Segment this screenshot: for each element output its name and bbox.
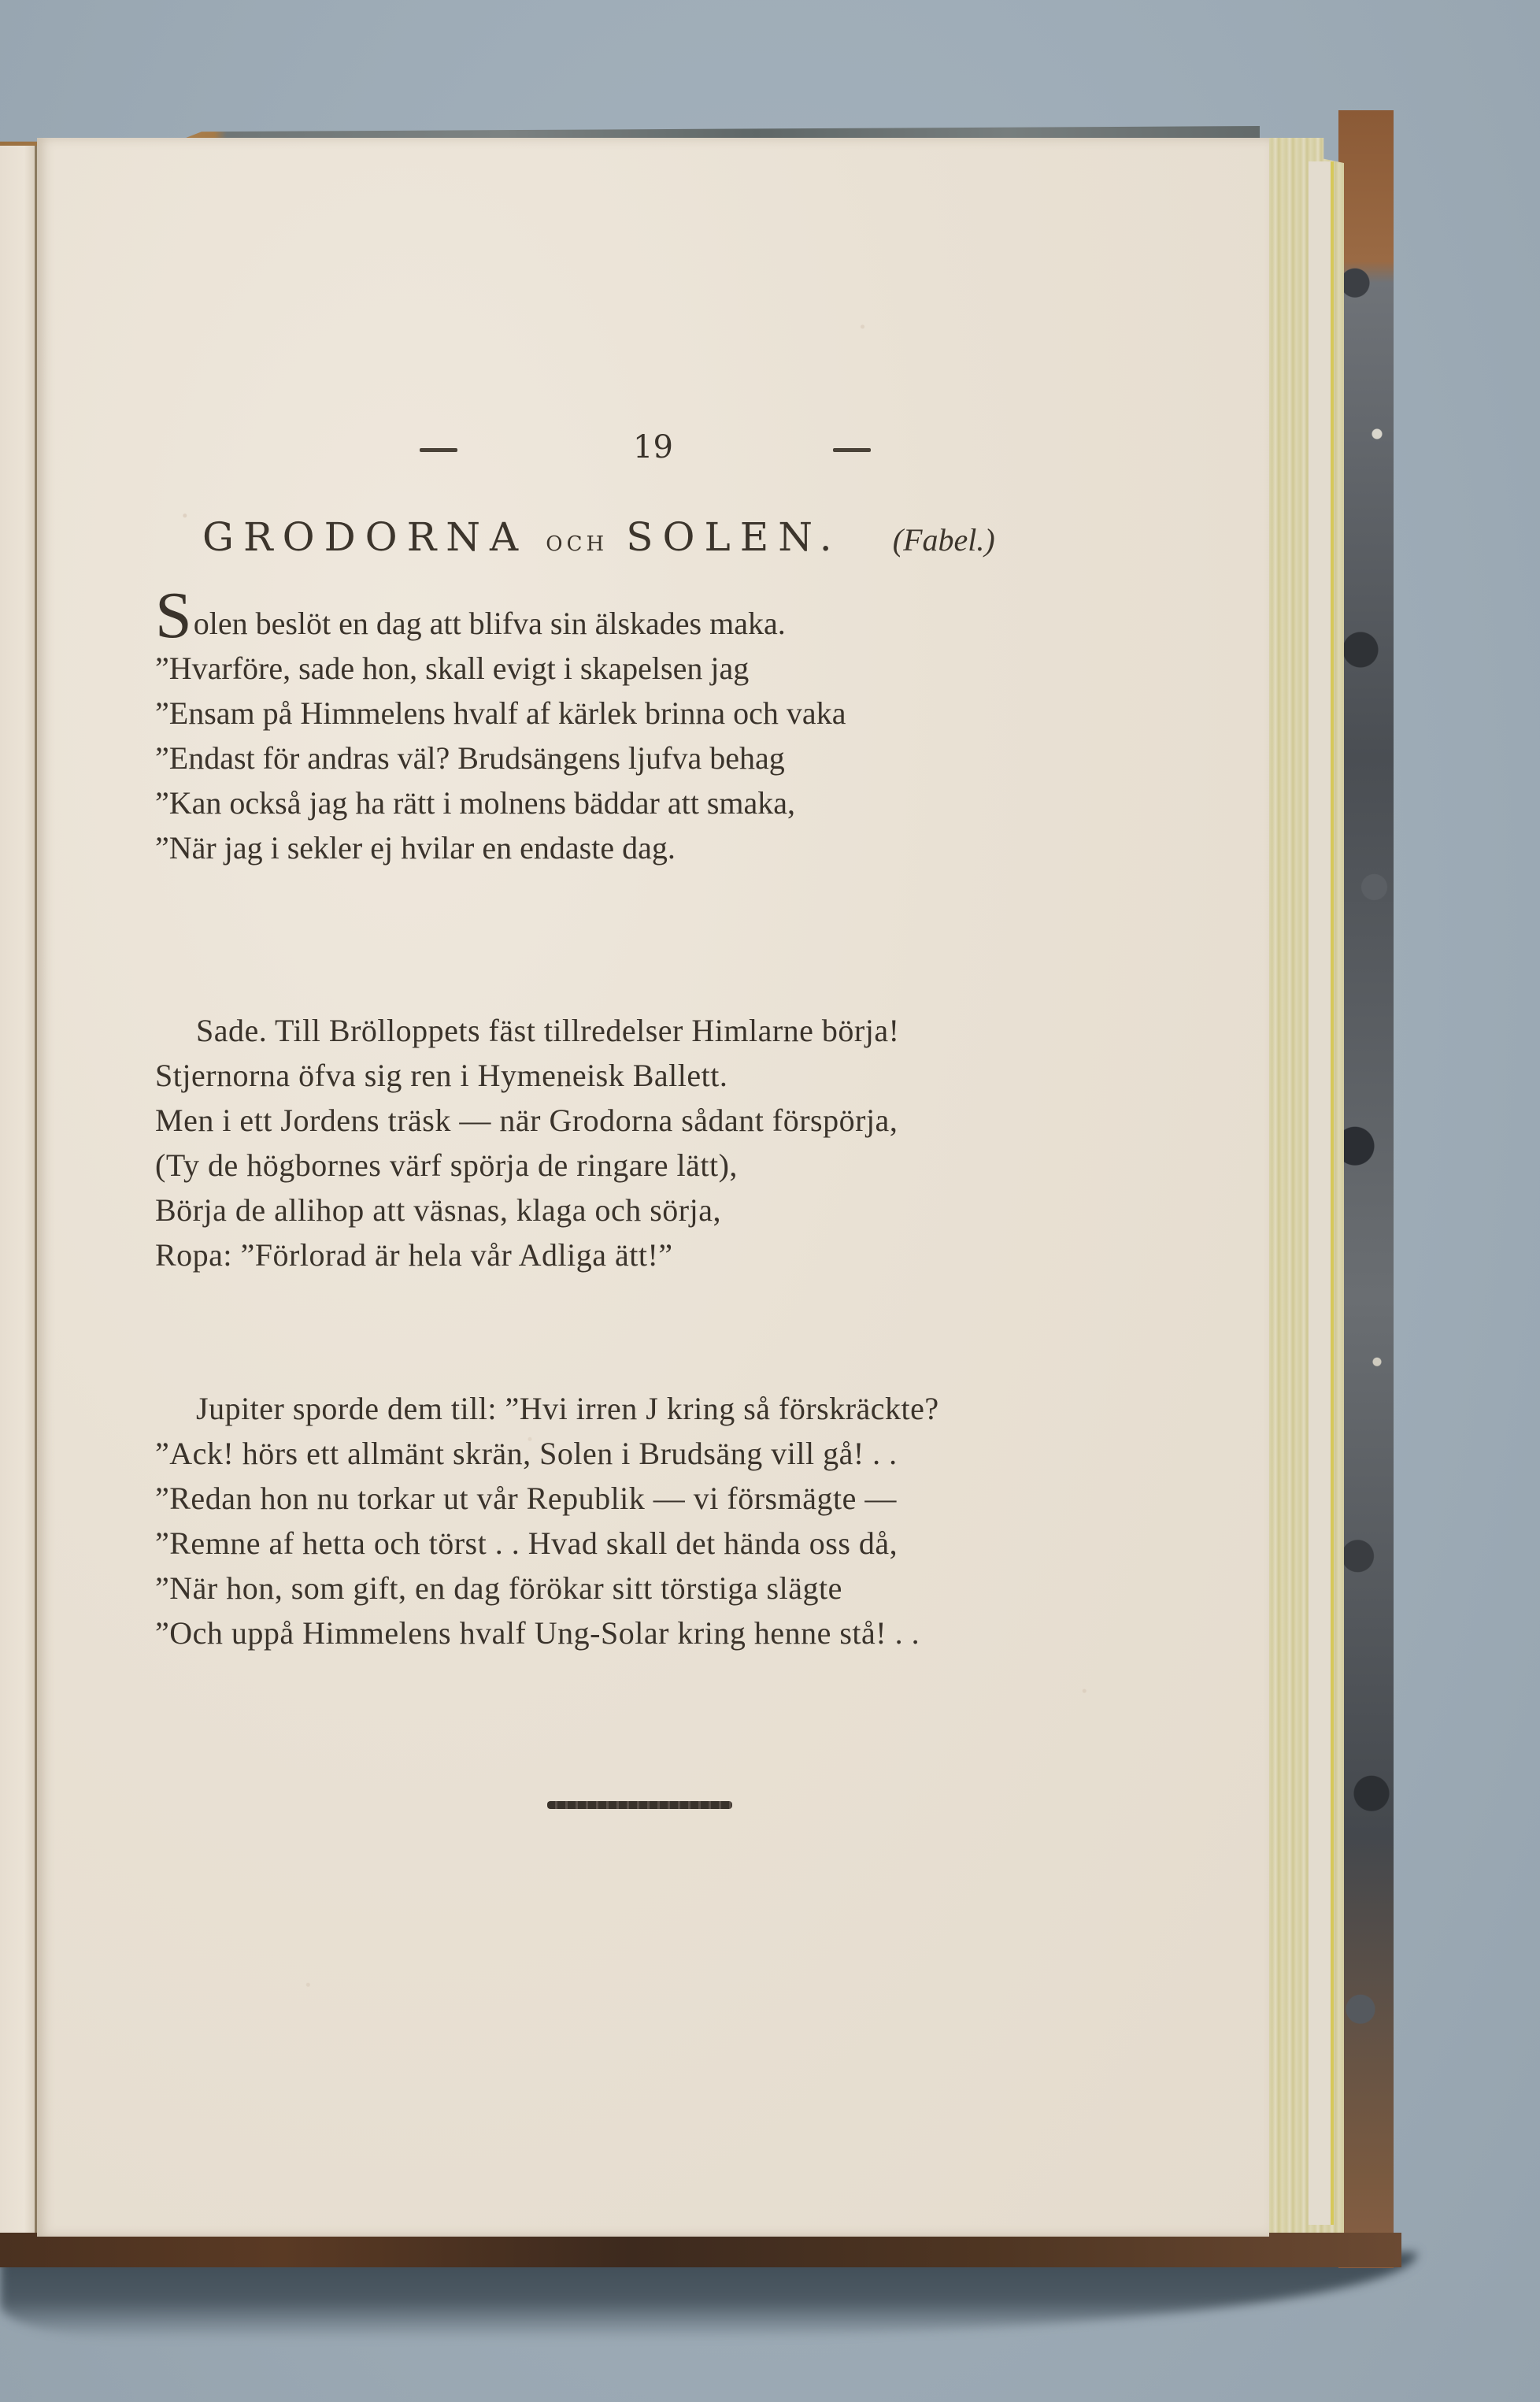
drop-cap: S — [155, 579, 192, 652]
stanza-line: Stjernorna öfva sig ren i Hymeneisk Ball… — [155, 1053, 899, 1098]
stanza-line: ”Redan hon nu torkar ut vår Republik — v… — [155, 1476, 939, 1521]
title-och: OCH — [546, 532, 608, 556]
stanza-line: Ropa: ”Förlorad är hela vår Adliga ätt!” — [155, 1233, 899, 1277]
stanza-line: ”Ack! hörs ett allmänt skrän, Solen i Br… — [155, 1431, 939, 1476]
stanza-line: ”Endast för andras väl? Brudsängens ljuf… — [155, 736, 846, 780]
title-solen: SOLEN. — [626, 514, 841, 560]
title-genre: (Fabel.) — [893, 522, 995, 558]
facing-page-edge — [0, 146, 37, 2233]
stanza-line: Jupiter sporde dem till: ”Hvi irren J kr… — [155, 1386, 939, 1431]
poem-title: GRODORNA OCH SOLEN. (Fabel.) — [202, 514, 1210, 560]
page-number: 19 — [633, 429, 673, 465]
marbled-cover-board — [1338, 110, 1394, 2268]
stanza-line: Sade. Till Brölloppets fäst tillredelser… — [155, 1008, 899, 1053]
end-ornament-rule — [547, 1801, 732, 1809]
stanza-line: ”Kan också jag ha rätt i molnens bäddar … — [155, 780, 846, 825]
stanza-line: Men i ett Jordens träsk — när Grodorna s… — [155, 1098, 899, 1143]
stanza-line: Solen beslöt en dag att blifva sin älska… — [155, 601, 846, 646]
stanza-3: Jupiter sporde dem till: ”Hvi irren J kr… — [155, 1386, 939, 1655]
stanza-line: ”När jag i sekler ej hvilar en endaste d… — [155, 825, 846, 870]
stanza-line: ”Hvarföre, sade hon, skall evigt i skape… — [155, 646, 846, 691]
page-number-row: 19 — [37, 429, 1269, 465]
stanza-line: Börja de allihop att väsnas, klaga och s… — [155, 1188, 899, 1233]
stanza-1: Solen beslöt en dag att blifva sin älska… — [155, 601, 846, 870]
stanza-line: ”Ensam på Himmelens hvalf af kärlek brin… — [155, 691, 846, 736]
title-grodorna: GRODORNA — [202, 514, 528, 560]
page-text: 19 GRODORNA OCH SOLEN. (Fabel.) Solen be… — [37, 138, 1269, 2237]
ornament-dash-right — [833, 448, 871, 452]
stanza-line: ”Remne af hetta och törst . . Hvad skall… — [155, 1521, 939, 1566]
book-page: 19 GRODORNA OCH SOLEN. (Fabel.) Solen be… — [37, 138, 1269, 2237]
stanza-line: (Ty de högbornes värf spörja de ringare … — [155, 1143, 899, 1188]
cover-board-bottom-edge — [0, 2233, 1401, 2267]
following-page-edge — [1309, 161, 1334, 2225]
stanza-line: ”Och uppå Himmelens hvalf Ung-Solar krin… — [155, 1611, 939, 1655]
ornament-dash-left — [420, 448, 457, 452]
stanza-2: Sade. Till Brölloppets fäst tillredelser… — [155, 1008, 899, 1277]
stanza-line: ”När hon, som gift, en dag förökar sitt … — [155, 1566, 939, 1611]
